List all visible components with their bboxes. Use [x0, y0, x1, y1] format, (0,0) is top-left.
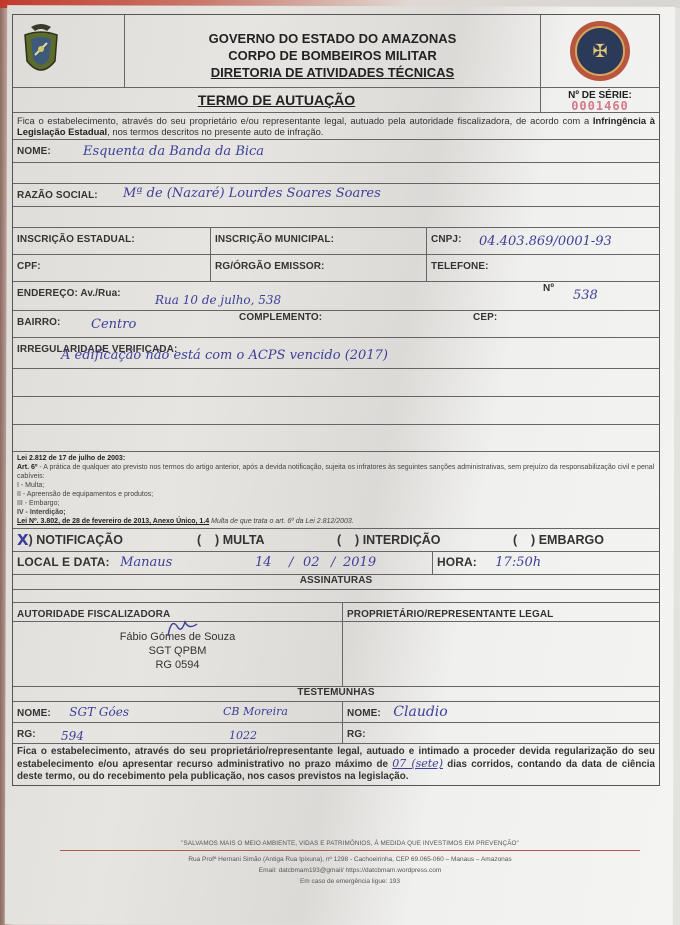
inscricao-municipal-field[interactable]: INSCRIÇÃO MUNICIPAL: [211, 228, 427, 254]
autuacao-form: GOVERNO DO ESTADO DO AMAZONAS CORPO DE B… [12, 14, 660, 786]
law-article-label: Art. 6º [17, 464, 37, 471]
blank-line [13, 207, 659, 227]
testemunha-1-rg-2: 1022 [229, 729, 257, 742]
seal-emblem-icon: ✠ [575, 26, 625, 76]
irregularidade-line-4 [13, 425, 659, 452]
testemunha-1-rg: 594 [61, 729, 84, 743]
testemunha-2-nome-field[interactable]: NOME: Claudio [343, 702, 659, 722]
assinaturas-spacer [13, 590, 659, 603]
document-title: TERMO DE AUTUAÇÃO [13, 88, 540, 112]
testemunha-rg-row: RG: 594 1022 RG: [13, 723, 659, 744]
serial-number: 0001460 [541, 101, 659, 112]
testemunha-1-nome-field[interactable]: NOME: SGT Góes CB Moreira [13, 702, 343, 722]
month-value: 02 [303, 555, 320, 570]
proprietario-label-cell: PROPRIETÁRIO/REPRESENTANTE LEGAL [343, 603, 659, 621]
checkbox-mark-x-icon: X [17, 531, 29, 549]
razao-social-label: RAZÃO SOCIAL: [17, 190, 98, 201]
blank-line [13, 397, 659, 424]
razao-extra-row [13, 207, 659, 228]
local-data-row: LOCAL E DATA: Manaus 14 / 02 / 2019 HORA… [13, 552, 659, 575]
local-data-label: LOCAL E DATA: [17, 555, 110, 569]
header-line-3: DIRETORIA DE ATIVIDADES TÉCNICAS [129, 64, 536, 81]
nome-value: Esquenta da Banda da Bica [83, 144, 264, 159]
amazonas-coat-of-arms-icon [17, 21, 65, 81]
blank-line [13, 369, 659, 396]
telefone-field[interactable]: TELEFONE: [427, 255, 659, 281]
cpf-label: CPF: [17, 261, 41, 272]
irregularidade-value: A edificação não está com o ACPS vencido… [61, 348, 388, 363]
law-footer-italic: Multa de que trata o art. 6º da Lei 2.81… [209, 518, 354, 525]
closing-row: Fica o estabelecimento, através do seu p… [13, 744, 659, 785]
signature-area-row: Fábio Gómes de Souza SGT QPBM RG 0594 [13, 622, 659, 687]
endereco-label: ENDEREÇO: Av./Rua: [17, 288, 121, 299]
testemunha-1-rg-field[interactable]: RG: 594 1022 [13, 723, 343, 743]
law-item-1: I - Multa; [17, 481, 655, 490]
footer-contact[interactable]: Email: datcbmam193@gmail/ https://datcbm… [60, 865, 640, 876]
sanction-label: INTERDIÇÃO [363, 533, 441, 547]
hora-label: HORA: [437, 555, 477, 569]
cpf-field[interactable]: CPF: [13, 255, 211, 281]
irregularidade-row: IRREGULARIDADE VERIFICADA: A edificação … [13, 338, 659, 369]
year-value: 2019 [343, 555, 376, 570]
blank-line [13, 163, 659, 183]
nome-field[interactable]: NOME: Esquenta da Banda da Bica [13, 140, 659, 162]
law-text: Lei 2.812 de 17 de julho de 2003: Art. 6… [13, 452, 659, 528]
header-line-2: CORPO DE BOMBEIROS MILITAR [129, 47, 536, 64]
testemunha-1-nome-label: NOME: [17, 708, 51, 719]
proprietario-label: PROPRIETÁRIO/REPRESENTANTE LEGAL [347, 609, 553, 620]
razao-social-value: Mª de (Nazaré) Lourdes Soares Soares [123, 186, 381, 201]
header-line-1: GOVERNO DO ESTADO DO AMAZONAS [129, 30, 536, 47]
sanction-embargo[interactable]: ( ) EMBARGO [513, 533, 659, 547]
local-value: Manaus [120, 555, 172, 570]
nome-label: NOME: [17, 146, 51, 157]
assinaturas-title: ASSINATURAS [300, 575, 373, 589]
numero-value: 538 [573, 288, 598, 303]
inscricao-row: INSCRIÇÃO ESTADUAL: INSCRIÇÃO MUNICIPAL:… [13, 228, 659, 255]
nome-extra-row [13, 163, 659, 184]
complemento-label: COMPLEMENTO: [239, 312, 322, 323]
fire-department-seal-icon: ✠ [570, 21, 630, 81]
numero-label: Nº [543, 283, 554, 294]
law-item-2: II - Apreensão de equipamentos e produto… [17, 490, 655, 499]
assinaturas-row: ASSINATURAS [13, 575, 659, 590]
testemunha-1-nome: SGT Góes [69, 705, 129, 719]
testemunha-2-rg-field[interactable]: RG: [343, 723, 659, 743]
nome-row: NOME: Esquenta da Banda da Bica [13, 140, 659, 163]
hora-value: 17:50h [495, 555, 541, 570]
header-title-cell: GOVERNO DO ESTADO DO AMAZONAS CORPO DE B… [125, 15, 541, 87]
razao-social-field[interactable]: RAZÃO SOCIAL: Mª de (Nazaré) Lourdes Soa… [13, 184, 659, 206]
sanction-label: EMBARGO [539, 533, 604, 547]
testemunha-2-rg-label: RG: [347, 729, 366, 740]
testemunhas-row: TESTEMUNHAS [13, 687, 659, 702]
footer-emergency: Em caso de emergência ligue: 193 [60, 876, 640, 887]
cnpj-value: 04.403.869/0001-93 [479, 234, 612, 249]
sanction-label: NOTIFICAÇÃO [36, 533, 123, 547]
testemunha-2-nome: Claudio [393, 704, 447, 720]
autoridade-label: AUTORIDADE FISCALIZADORA [17, 609, 170, 620]
right-logo-cell: ✠ [541, 15, 659, 87]
law-item-4: IV - Interdição; [17, 508, 655, 517]
header-title: GOVERNO DO ESTADO DO AMAZONAS CORPO DE B… [129, 16, 536, 81]
cnpj-label: CNPJ: [431, 234, 462, 245]
inscricao-estadual-label: INSCRIÇÃO ESTADUAL: [17, 234, 135, 245]
sanction-notificacao[interactable]: X) NOTIFICAÇÃO [13, 531, 197, 549]
sanctions-row: X) NOTIFICAÇÃO ( ) MULTA ( ) INTERDIÇÃO … [13, 529, 659, 552]
sanction-multa[interactable]: ( ) MULTA [197, 533, 337, 547]
rg-orgao-label: RG/ÓRGÃO EMISSOR: [215, 261, 324, 272]
closing-text: Fica o estabelecimento, através do seu p… [13, 744, 659, 785]
sanction-label: MULTA [223, 533, 265, 547]
law-item-3: III - Embargo; [17, 499, 655, 508]
rg-orgao-field[interactable]: RG/ÓRGÃO EMISSOR: [211, 255, 427, 281]
law-footer-bold: Lei Nº. 3.802, de 28 de fevereiro de 201… [17, 518, 209, 525]
page-footer: "SALVAMOS MAIS O MEIO AMBIENTE, VIDAS E … [60, 838, 640, 887]
testemunha-nome-row: NOME: SGT Góes CB Moreira NOME: Claudio [13, 702, 659, 723]
inscricao-municipal-label: INSCRIÇÃO MUNICIPAL: [215, 234, 334, 245]
telefone-label: TELEFONE: [431, 261, 489, 272]
footer-divider [60, 850, 640, 851]
bairro-row: BAIRRO: Centro COMPLEMENTO: CEP: [13, 311, 659, 338]
intro-text: Fica o estabelecimento, através do seu p… [13, 113, 659, 139]
local-data-field[interactable]: LOCAL E DATA: Manaus 14 / 02 / 2019 [13, 552, 433, 574]
cep-label: CEP: [473, 312, 497, 323]
endereco-field[interactable]: ENDEREÇO: Av./Rua: Rua 10 de julho, 538 … [13, 282, 659, 310]
testemunha-1-nome-2: CB Moreira [223, 705, 288, 718]
bairro-field[interactable]: BAIRRO: Centro COMPLEMENTO: CEP: [13, 311, 659, 337]
autoridade-signature-area[interactable]: Fábio Gómes de Souza SGT QPBM RG 0594 [13, 622, 343, 686]
irregularidade-line-3 [13, 397, 659, 425]
bairro-value: Centro [91, 317, 136, 332]
hora-field[interactable]: HORA: 17:50h [433, 552, 659, 574]
stamp-rg: RG 0594 [17, 658, 338, 672]
testemunha-1-rg-label: RG: [17, 729, 36, 740]
intro-row: Fica o estabelecimento, através do seu p… [13, 113, 659, 140]
stamp-rank: SGT QPBM [17, 644, 338, 658]
law-row: Lei 2.812 de 17 de julho de 2003: Art. 6… [13, 452, 659, 529]
law-article-text: - A prática de qualquer ato previsto nos… [17, 464, 654, 480]
prazo-value[interactable]: 07 (sete) [392, 757, 443, 770]
signature-scribble-icon [163, 616, 203, 642]
razao-social-row: RAZÃO SOCIAL: Mª de (Nazaré) Lourdes Soa… [13, 184, 659, 207]
bairro-label: BAIRRO: [17, 317, 60, 328]
left-logo-cell [13, 15, 125, 87]
footer-address: Rua Profª Hernani Simão (Antiga Rua Ipix… [60, 854, 640, 865]
law-title: Lei 2.812 de 17 de julho de 2003: [17, 455, 125, 462]
proprietario-signature-area[interactable] [343, 622, 659, 686]
cpf-row: CPF: RG/ÓRGÃO EMISSOR: TELEFONE: [13, 255, 659, 282]
form-header: GOVERNO DO ESTADO DO AMAZONAS CORPO DE B… [13, 15, 659, 88]
serial-number-box: Nº DE SÉRIE: 0001460 [540, 88, 659, 112]
footer-motto: "SALVAMOS MAIS O MEIO AMBIENTE, VIDAS E … [60, 838, 640, 849]
signature-labels-row: AUTORIDADE FISCALIZADORA PROPRIETÁRIO/RE… [13, 603, 659, 622]
sanction-interdicao[interactable]: ( ) INTERDIÇÃO [337, 533, 513, 547]
irregularidade-line-2 [13, 369, 659, 397]
irregularidade-field[interactable]: IRREGULARIDADE VERIFICADA: A edificação … [13, 338, 659, 368]
day-value: 14 [255, 555, 272, 570]
cnpj-field[interactable]: CNPJ: 04.403.869/0001-93 [427, 228, 659, 254]
testemunha-2-nome-label: NOME: [347, 708, 381, 719]
testemunhas-title: TESTEMUNHAS [297, 687, 374, 701]
title-row: TERMO DE AUTUAÇÃO Nº DE SÉRIE: 0001460 [13, 88, 659, 113]
intro-part-2: , nos termos descritos no presente auto … [107, 126, 323, 137]
endereco-row: ENDEREÇO: Av./Rua: Rua 10 de julho, 538 … [13, 282, 659, 311]
endereco-value: Rua 10 de julho, 538 [155, 293, 281, 307]
blank-line [13, 425, 659, 451]
intro-part-1: Fica o estabelecimento, através do seu p… [17, 115, 593, 126]
inscricao-estadual-field[interactable]: INSCRIÇÃO ESTADUAL: [13, 228, 211, 254]
